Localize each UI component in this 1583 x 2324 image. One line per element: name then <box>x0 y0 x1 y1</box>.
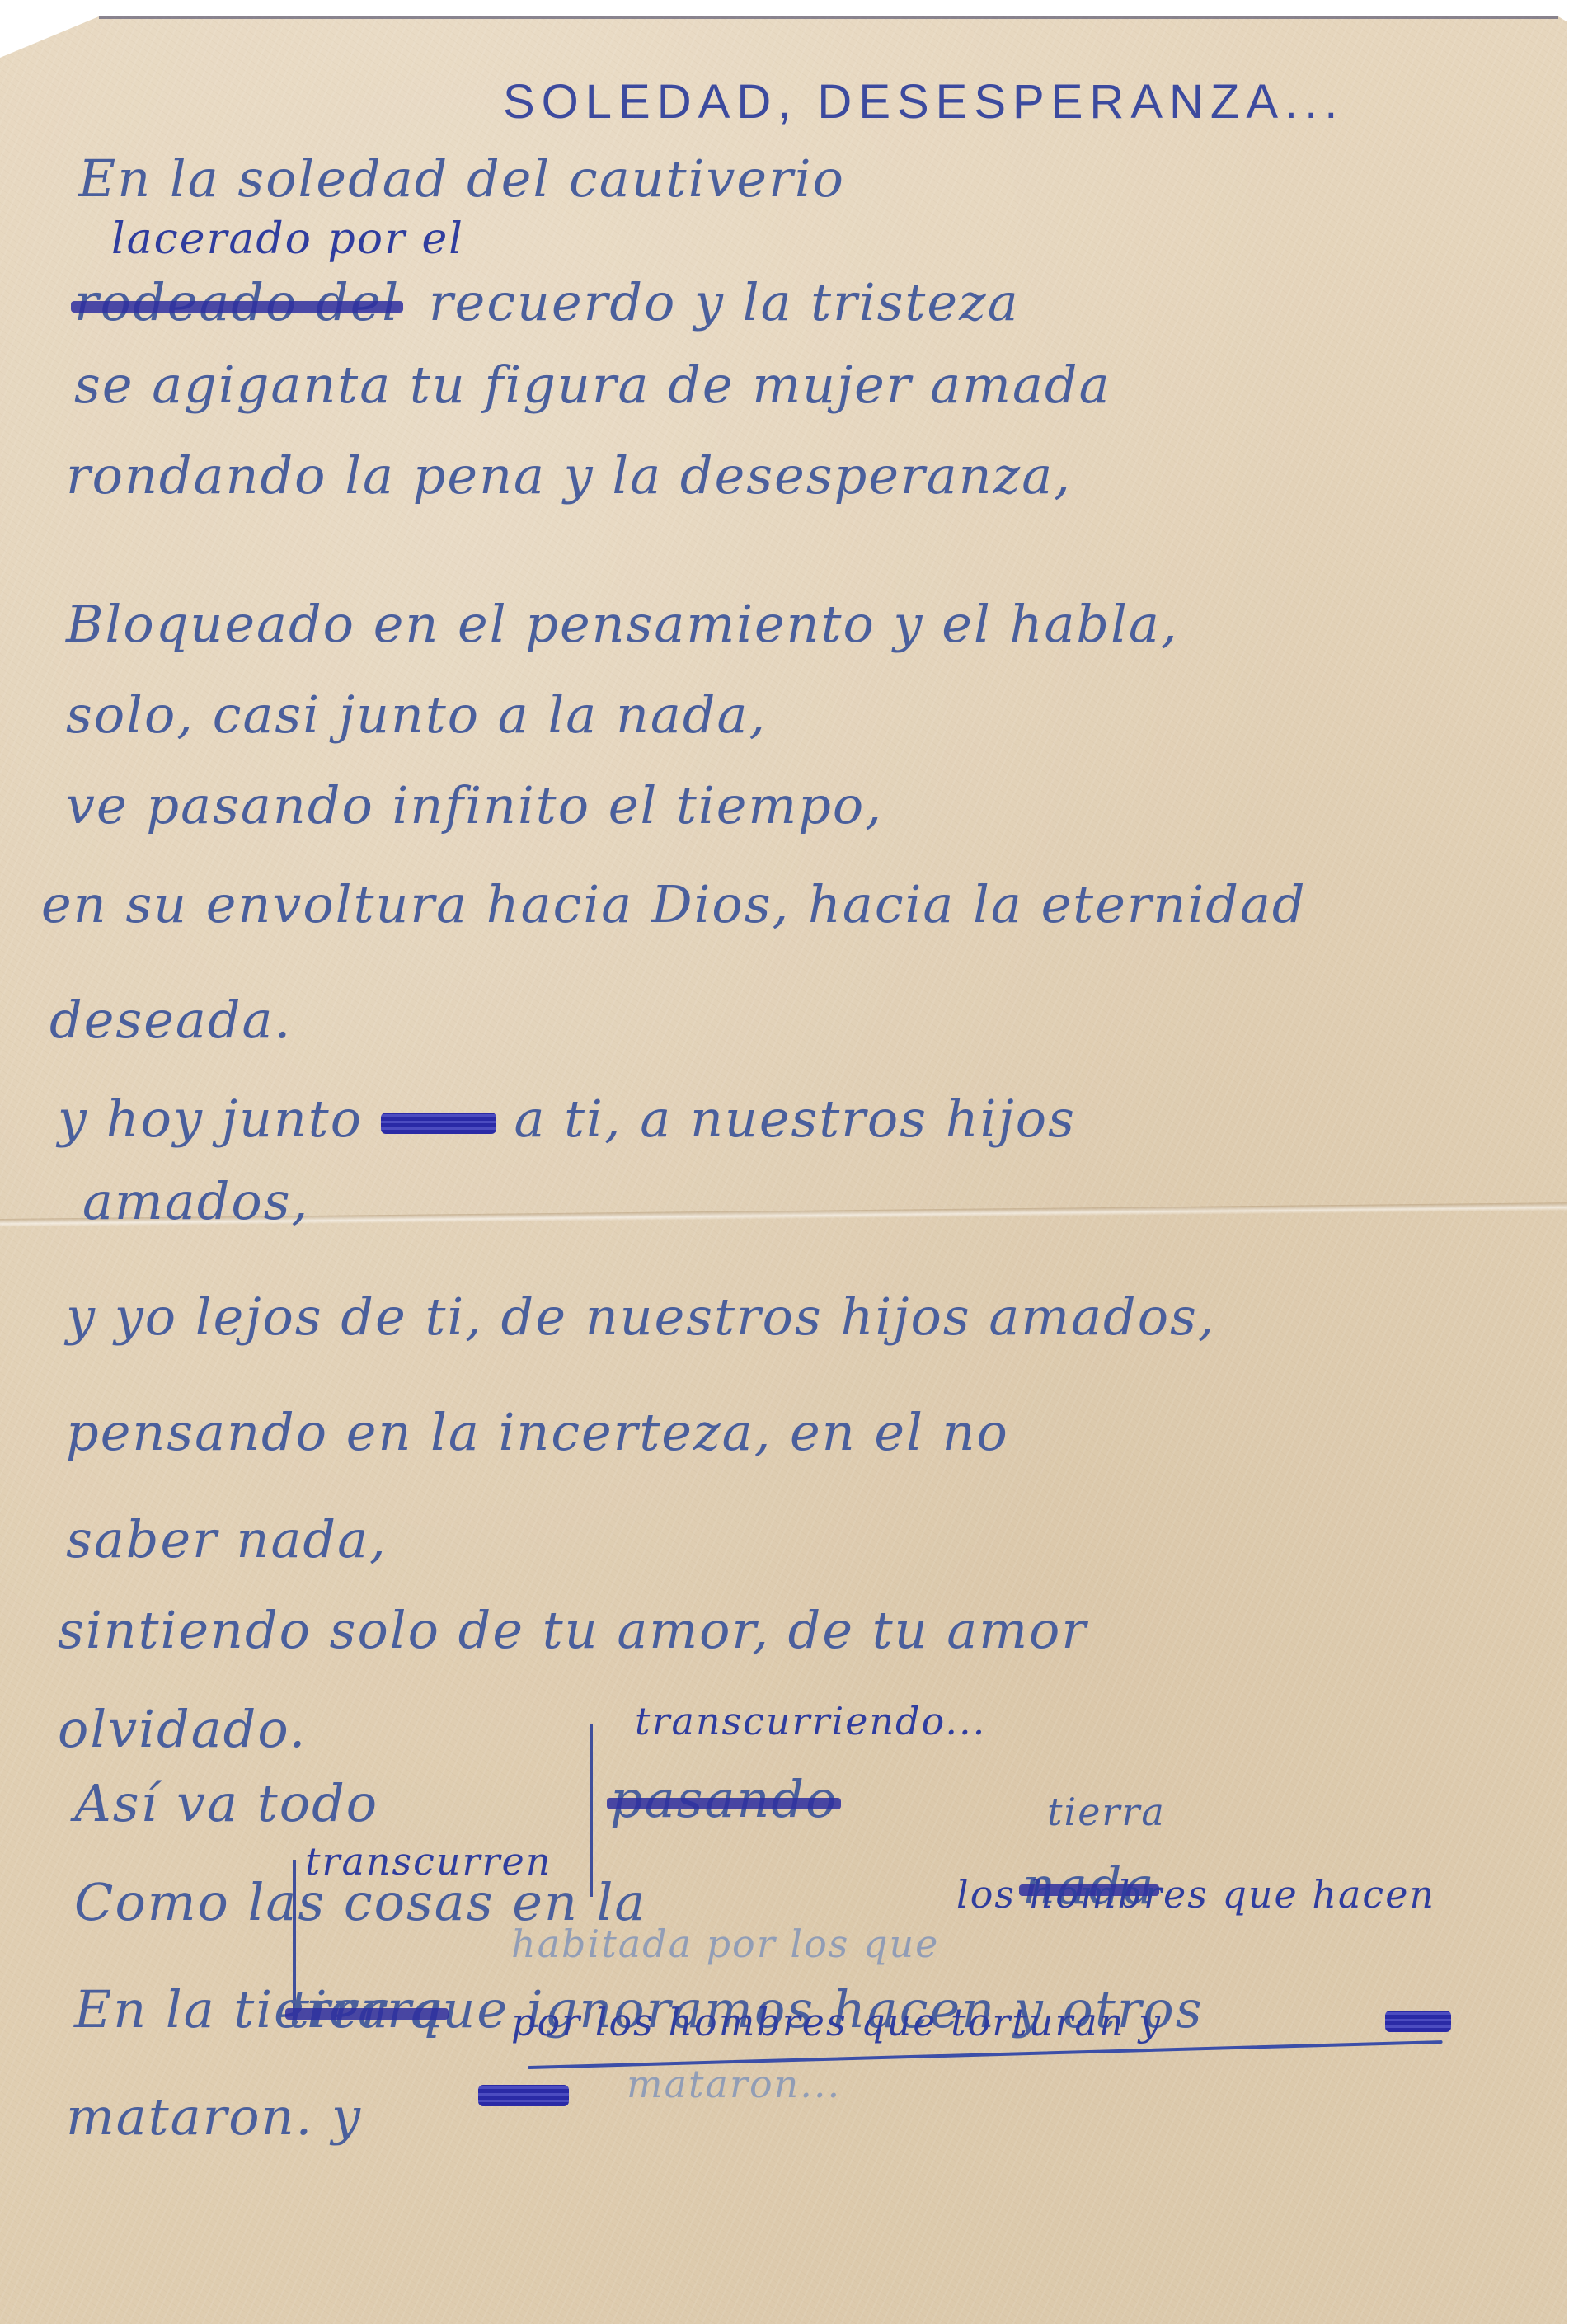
struck-word: rodeado del <box>74 272 400 332</box>
manuscript-line: y yo lejos de ti, de nuestros hijos amad… <box>66 1287 1216 1347</box>
manuscript-line: recuerdo y la tristeza <box>429 272 1020 332</box>
manuscript-line: Bloqueado en el pensamiento y el habla, <box>66 594 1179 654</box>
ink-scribble-strike <box>381 1113 496 1134</box>
manuscript-line: ve pasando infinito el tiempo, <box>66 775 883 835</box>
manuscript-line: En la soledad del cautiverio <box>78 148 845 209</box>
manuscript-struck-text <box>478 2070 569 2115</box>
manuscript-struck-text <box>1385 1996 1451 2040</box>
manuscript-line: saber nada, <box>66 1509 388 1569</box>
manuscript-faint-text: mataron... <box>627 2062 841 2106</box>
manuscript-struck-text: pasando <box>610 1769 838 1829</box>
manuscript-struck-text: rodeado del <box>74 272 400 332</box>
manuscript-line: olvidado. <box>58 1699 307 1759</box>
manuscript-struck-text: tierra <box>289 1979 445 2039</box>
line-fragment: y hoy junto <box>58 1089 381 1149</box>
manuscript-line: deseada. <box>49 990 292 1050</box>
manuscript-insertion: los hombres que hacen <box>956 1872 1435 1917</box>
manuscript-line: en su envoltura hacia Dios, hacia la ete… <box>41 874 1307 934</box>
manuscript-line: amados, <box>82 1171 309 1231</box>
manuscript-insertion: tierra <box>1047 1790 1166 1834</box>
manuscript-title: SOLEDAD, DESESPERANZA... <box>503 74 1344 129</box>
paper-top-edge <box>99 16 1558 19</box>
struck-word: tierra <box>289 1979 445 2039</box>
struck-word: pasando <box>610 1769 838 1829</box>
manuscript-line: y hoy junto a ti, a nuestros hijos <box>58 1089 1076 1149</box>
ink-scribble-strike <box>478 2085 569 2106</box>
manuscript-line: rondando la pena y la desesperanza, <box>66 445 1072 506</box>
manuscript-line: pensando en la incerteza, en el no <box>66 1402 1009 1462</box>
manuscript-insertion: lacerado por el <box>111 214 464 264</box>
manuscript-insertion: transcurriendo... <box>635 1699 986 1743</box>
manuscript-line: sintiendo solo de tu amor, de tu amor <box>58 1600 1087 1660</box>
manuscript-insertion: por los hombres que torturan y <box>511 2000 1162 2044</box>
manuscript-line: Así va todo <box>74 1773 378 1833</box>
manuscript-line: solo, casi junto a la nada, <box>66 684 767 745</box>
line-fragment: a ti, a nuestros hijos <box>496 1089 1076 1149</box>
insertion-caret-mark <box>590 1724 593 1897</box>
manuscript-line: se agiganta tu figura de mujer amada <box>74 355 1111 415</box>
manuscript-line: mataron. y <box>66 2086 362 2147</box>
ink-scribble-strike <box>1385 2011 1451 2032</box>
manuscript-faint-text: habitada por los que <box>511 1922 939 1966</box>
